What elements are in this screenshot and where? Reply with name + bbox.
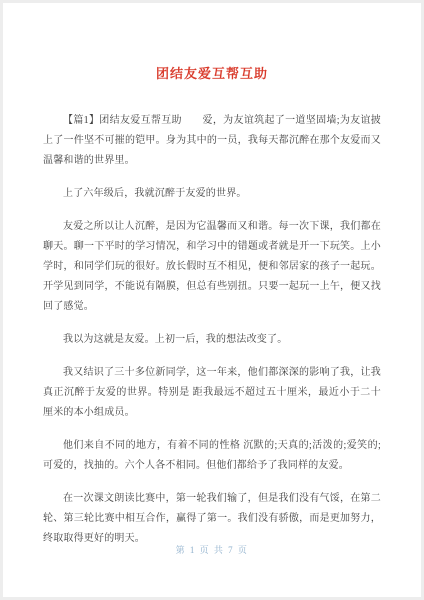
document-body: 【篇1】团结友爱互帮互助 爱，为友谊筑起了一道坚固墙;为友谊披上了一件坚不可摧的… <box>43 111 381 549</box>
body-paragraph-1: 【篇1】团结友爱互帮互助 爱，为友谊筑起了一道坚固墙;为友谊披上了一件坚不可摧的… <box>43 111 381 171</box>
body-paragraph-6: 他们来自不同的地方，有着不同的性格 沉默的;天真的;活泼的;爱笑的;可爱的，找抽… <box>43 436 381 476</box>
body-paragraph-5: 我又结识了三十多位新同学，这一年来，他们都深深的影响了我，让我真正沉醉于友爱的世… <box>43 363 381 423</box>
document-page: 团结友爱互帮互助 【篇1】团结友爱互帮互助 爱，为友谊筑起了一道坚固墙;为友谊披… <box>0 0 424 600</box>
body-paragraph-4: 我以为这就是友爱。上初一后，我的想法改变了。 <box>43 330 381 350</box>
body-paragraph-2: 上了六年级后，我就沉醉于友爱的世界。 <box>43 184 381 204</box>
body-paragraph-3: 友爱之所以让人沉醉，是因为它温馨而又和谐。每一次下课，我们都在聊天。聊一下平时的… <box>43 217 381 317</box>
body-paragraph-7: 在一次课文朗读比赛中，第一轮我们输了，但是我们没有气馁，在第二轮、第三轮比赛中相… <box>43 489 381 549</box>
page-number-footer: 第 1 页 共 7 页 <box>3 543 421 556</box>
page-title: 团结友爱互帮互助 <box>43 66 381 82</box>
